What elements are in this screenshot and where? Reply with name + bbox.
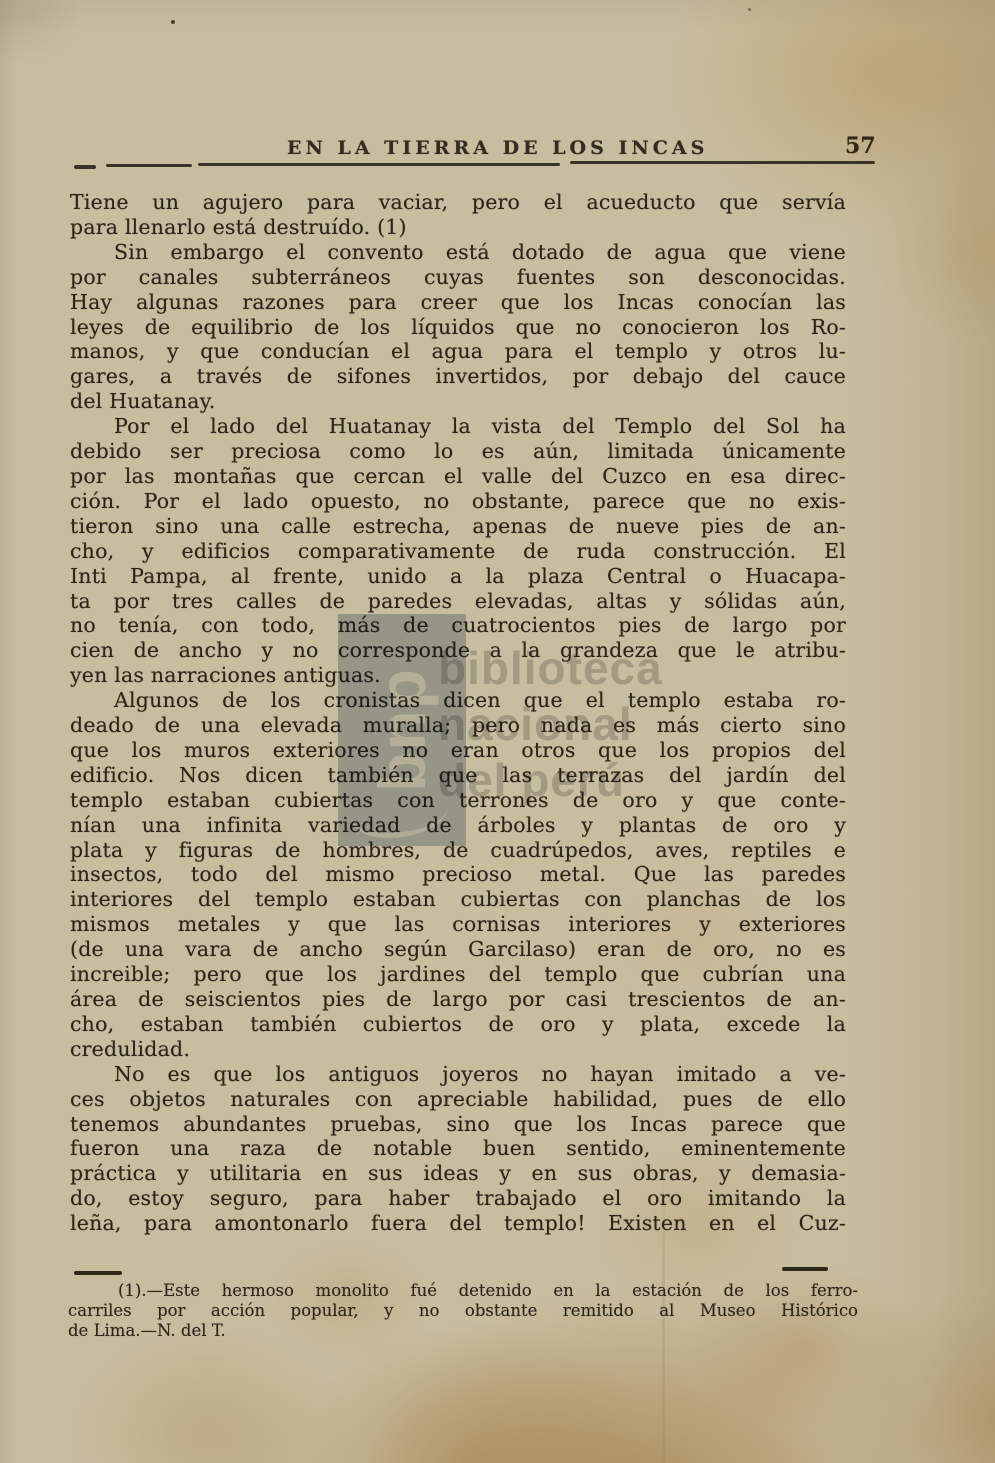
- header-rule-segment: [106, 164, 192, 167]
- text-line: para llenarlo está destruído. (1): [70, 215, 846, 240]
- text-line: leyes de equilibrio de los líquidos que …: [70, 315, 846, 340]
- text-line: debido ser preciosa como lo es aún, limi…: [70, 439, 846, 464]
- ink-speck: [171, 20, 175, 24]
- text-line: tieron sino una calle estrecha, apenas d…: [70, 514, 846, 539]
- text-line: leña, para amontonarlo fuera del templo!…: [70, 1211, 846, 1236]
- text-line: (1).—Este hermoso monolito fué detenido …: [68, 1281, 858, 1301]
- ink-speck: [748, 8, 751, 11]
- page-number: 57: [845, 133, 876, 159]
- header-rule-segment: [198, 163, 560, 166]
- paper-crease: [662, 1160, 665, 1463]
- bnp-logo: bnp: [364, 668, 440, 792]
- footnote-separator: [74, 1271, 122, 1275]
- footnote-separator: [782, 1267, 828, 1271]
- watermark-text-line: nacional: [438, 696, 663, 752]
- text-line: ción. Por el lado opuesto, no obstante, …: [70, 489, 846, 514]
- text-line: increible; pero que los jardines del tem…: [70, 962, 846, 987]
- header-rule-segment: [74, 165, 96, 169]
- text-line: tenemos abundantes pruebas, sino que los…: [70, 1112, 846, 1137]
- scanned-book-page: EN LA TIERRA DE LOS INCAS 57 Tiene un ag…: [0, 0, 995, 1463]
- text-line: interiores del templo estaban cubiertas …: [70, 887, 846, 912]
- text-line: insectos, todo del mismo precioso metal.…: [70, 862, 846, 887]
- text-line: credulidad.: [70, 1037, 846, 1062]
- text-line: cho, estaban también cubiertos de oro y …: [70, 1012, 846, 1037]
- text-line: No es que los antiguos joyeros no hayan …: [70, 1062, 846, 1087]
- text-line: (de una vara de ancho según Garcilaso) e…: [70, 937, 846, 962]
- text-line: por canales subterráneos cuyas fuentes s…: [70, 265, 846, 290]
- text-line: Sin embargo el convento está dotado de a…: [70, 240, 846, 265]
- watermark-text-line: del perú: [438, 752, 663, 808]
- text-line: área de seiscientos pies de largo por ca…: [70, 987, 846, 1012]
- text-line: Inti Pampa, al frente, unido a la plaza …: [70, 564, 846, 589]
- text-line: cho, y edificios comparativamente de rud…: [70, 539, 846, 564]
- text-line: do, estoy seguro, para haber trabajado e…: [70, 1186, 846, 1211]
- text-line: carriles por acción popular, y no obstan…: [68, 1301, 858, 1321]
- text-line: de Lima.—N. del T.: [68, 1321, 858, 1341]
- header-rule-segment: [570, 161, 875, 164]
- page-title: EN LA TIERRA DE LOS INCAS: [287, 137, 708, 159]
- text-line: Hay algunas razones para creer que los I…: [70, 290, 846, 315]
- text-line: manos, y que conducían el agua para el t…: [70, 339, 846, 364]
- text-line: gares, a través de sifones invertidos, p…: [70, 364, 846, 389]
- text-line: del Huatanay.: [70, 389, 846, 414]
- text-line: fueron una raza de notable buen sentido,…: [70, 1136, 846, 1161]
- running-head: EN LA TIERRA DE LOS INCAS 57: [0, 133, 995, 163]
- text-line: por las montañas que cercan el valle del…: [70, 464, 846, 489]
- text-line: Por el lado del Huatanay la vista del Te…: [70, 414, 846, 439]
- watermark-text-line: biblioteca: [438, 640, 663, 696]
- text-line: mismos metales y que las cornisas interi…: [70, 912, 846, 937]
- text-line: ces objetos naturales con apreciable hab…: [70, 1087, 846, 1112]
- text-line: Tiene un agujero para vaciar, pero el ac…: [70, 190, 846, 215]
- text-line: ta por tres calles de paredes elevadas, …: [70, 589, 846, 614]
- library-watermark-text: bibliotecanacionaldel perú: [438, 640, 663, 808]
- text-line: práctica y utilitaria en sus ideas y en …: [70, 1161, 846, 1186]
- bnp-swoosh-icon: [352, 793, 448, 838]
- footnote: (1).—Este hermoso monolito fué detenido …: [68, 1281, 858, 1340]
